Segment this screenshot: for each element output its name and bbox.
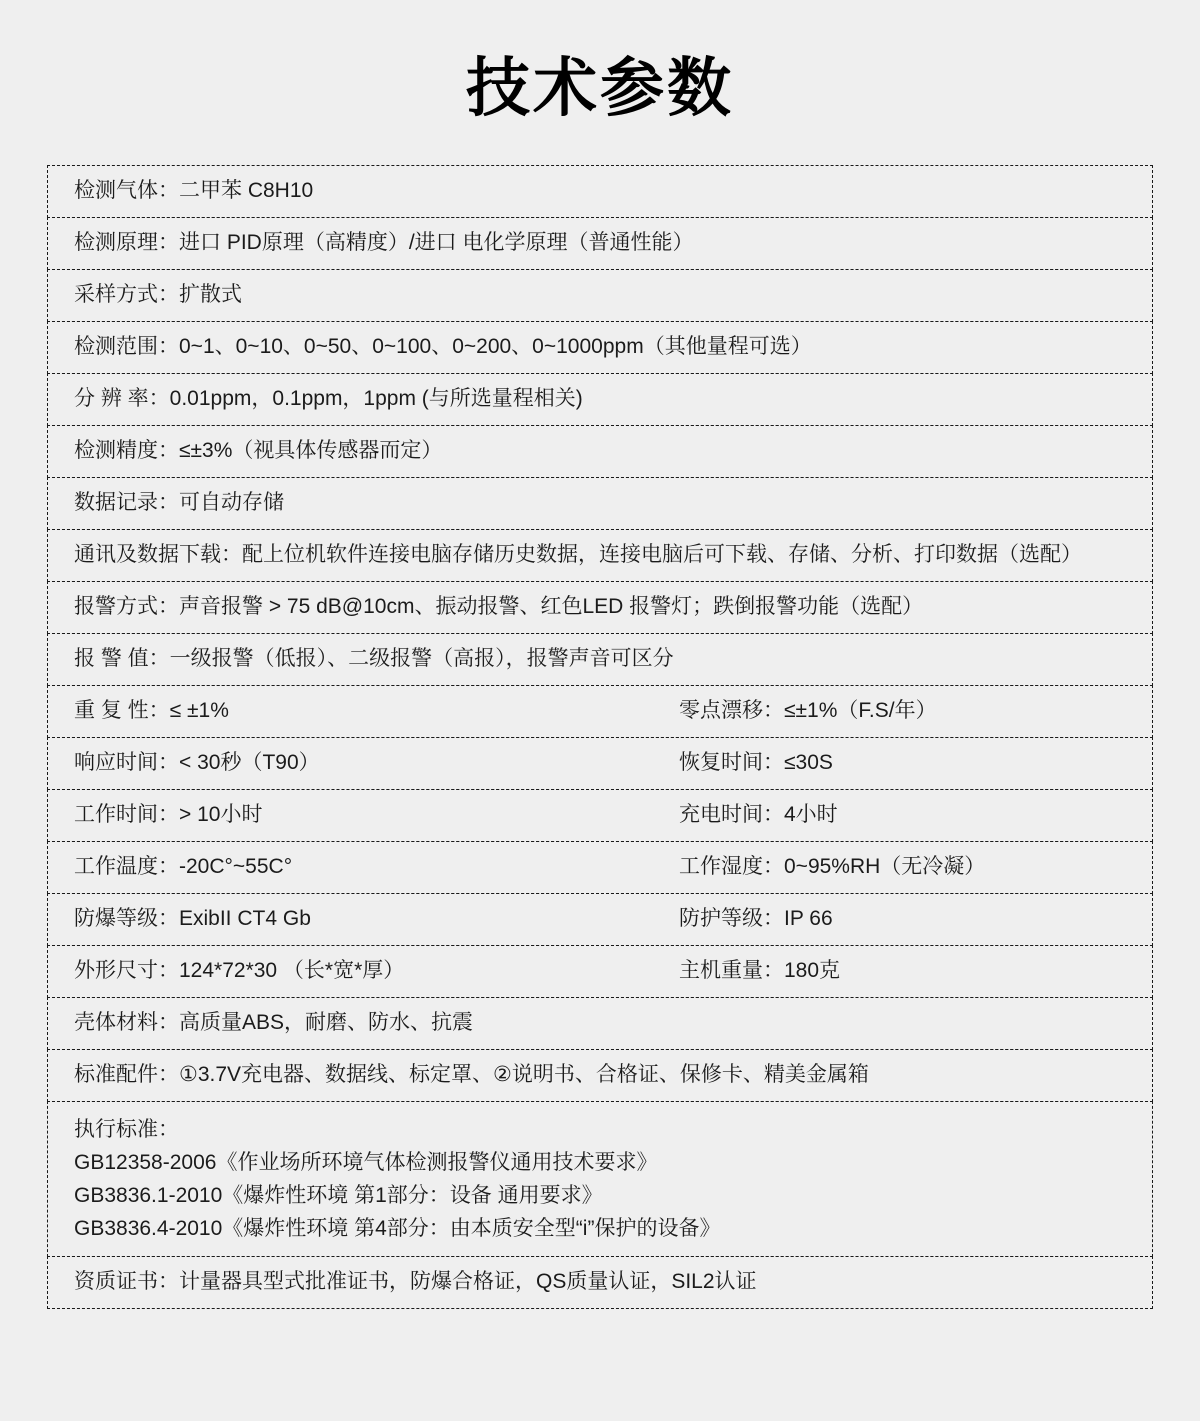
- table-row-detection-principle: 检测原理：进口 PID原理（高精度）/进口 电化学原理（普通性能）: [47, 217, 1153, 270]
- table-row-resolution: 分 辨 率：0.01ppm，0.1ppm，1ppm (与所选量程相关): [47, 373, 1153, 426]
- row-text-right: 主机重量：180克: [679, 957, 1140, 984]
- table-row-temperature-humidity: 工作温度：-20C°~55C° 工作湿度：0~95%RH（无冷凝）: [47, 841, 1153, 894]
- table-row-communication: 通讯及数据下载：配上位机软件连接电脑存储历史数据，连接电脑后可下载、存储、分析、…: [47, 529, 1153, 582]
- row-text: 壳体材料：高质量ABS，耐磨、防水、抗震: [74, 1009, 473, 1036]
- table-row-detected-gas: 检测气体：二甲苯 C8H10: [47, 165, 1153, 218]
- table-row-alarm-value: 报 警 值：一级报警（低报）、二级报警（高报），报警声音可区分: [47, 633, 1153, 686]
- table-row-data-logging: 数据记录：可自动存储: [47, 477, 1153, 530]
- row-text-left: 响应时间：< 30秒（T90）: [74, 749, 679, 776]
- page-title: 技术参数: [0, 52, 1200, 126]
- table-row-sampling-method: 采样方式：扩散式: [47, 269, 1153, 322]
- table-row-detection-range: 检测范围：0~1、0~10、0~50、0~100、0~200、0~1000ppm…: [47, 321, 1153, 374]
- row-text-right: 防护等级：IP 66: [679, 905, 1140, 932]
- table-row-standard-accessories: 标准配件：①3.7V充电器、数据线、标定罩、②说明书、合格证、保修卡、精美金属箱: [47, 1049, 1153, 1102]
- table-row-alarm-mode: 报警方式：声音报警 > 75 dB@10cm、振动报警、红色LED 报警灯；跌倒…: [47, 581, 1153, 634]
- row-text: 分 辨 率：0.01ppm，0.1ppm，1ppm (与所选量程相关): [74, 385, 583, 412]
- row-text: 检测气体：二甲苯 C8H10: [74, 177, 313, 204]
- row-text: 资质证书：计量器具型式批准证书，防爆合格证，QS质量认证，SIL2认证: [74, 1268, 757, 1295]
- row-label: 执行标准：: [74, 1113, 1140, 1146]
- row-text-right: 充电时间：4小时: [679, 801, 1140, 828]
- table-row-qualification-certificates: 资质证书：计量器具型式批准证书，防爆合格证，QS质量认证，SIL2认证: [47, 1256, 1153, 1309]
- row-text-right: 工作湿度：0~95%RH（无冷凝）: [679, 853, 1140, 880]
- row-text-left: 工作时间：> 10小时: [74, 801, 679, 828]
- spec-table: 检测气体：二甲苯 C8H10 检测原理：进口 PID原理（高精度）/进口 电化学…: [47, 165, 1153, 1309]
- row-text: 数据记录：可自动存储: [74, 489, 284, 516]
- row-text-left: 防爆等级：ExibII CT4 Gb: [74, 905, 679, 932]
- standard-line: GB12358-2006《作业场所环境气体检测报警仪通用技术要求》: [74, 1146, 1140, 1179]
- table-row-shell-material: 壳体材料：高质量ABS，耐磨、防水、抗震: [47, 997, 1153, 1050]
- table-row-dimensions-weight: 外形尺寸：124*72*30 （长*宽*厚） 主机重量：180克: [47, 945, 1153, 998]
- table-row-repeatability-zero-drift: 重 复 性：≤ ±1% 零点漂移：≤±1%（F.S/年）: [47, 685, 1153, 738]
- row-text: 报警方式：声音报警 > 75 dB@10cm、振动报警、红色LED 报警灯；跌倒…: [74, 593, 923, 620]
- row-text: 检测原理：进口 PID原理（高精度）/进口 电化学原理（普通性能）: [74, 229, 694, 256]
- table-row-accuracy: 检测精度：≤±3%（视具体传感器而定）: [47, 425, 1153, 478]
- row-text-right: 恢复时间：≤30S: [679, 749, 1140, 776]
- row-text: 采样方式：扩散式: [74, 281, 242, 308]
- table-row-working-charging-time: 工作时间：> 10小时 充电时间：4小时: [47, 789, 1153, 842]
- row-text: 标准配件：①3.7V充电器、数据线、标定罩、②说明书、合格证、保修卡、精美金属箱: [74, 1061, 869, 1088]
- row-text: 检测精度：≤±3%（视具体传感器而定）: [74, 437, 442, 464]
- row-text-right: 零点漂移：≤±1%（F.S/年）: [679, 697, 1140, 724]
- table-row-executive-standards: 执行标准： GB12358-2006《作业场所环境气体检测报警仪通用技术要求》 …: [47, 1101, 1153, 1257]
- row-text: 报 警 值：一级报警（低报）、二级报警（高报），报警声音可区分: [74, 645, 674, 672]
- table-row-response-recovery-time: 响应时间：< 30秒（T90） 恢复时间：≤30S: [47, 737, 1153, 790]
- standard-line: GB3836.4-2010《爆炸性环境 第4部分：由本质安全型“i”保护的设备》: [74, 1212, 1140, 1245]
- row-text: 检测范围：0~1、0~10、0~50、0~100、0~200、0~1000ppm…: [74, 333, 812, 360]
- table-row-explosion-protection-rating: 防爆等级：ExibII CT4 Gb 防护等级：IP 66: [47, 893, 1153, 946]
- row-text: 通讯及数据下载：配上位机软件连接电脑存储历史数据，连接电脑后可下载、存储、分析、…: [74, 541, 1082, 568]
- row-text-left: 重 复 性：≤ ±1%: [74, 697, 679, 724]
- row-text-left: 工作温度：-20C°~55C°: [74, 853, 679, 880]
- row-text-left: 外形尺寸：124*72*30 （长*宽*厚）: [74, 957, 679, 984]
- standard-line: GB3836.1-2010《爆炸性环境 第1部分：设备 通用要求》: [74, 1179, 1140, 1212]
